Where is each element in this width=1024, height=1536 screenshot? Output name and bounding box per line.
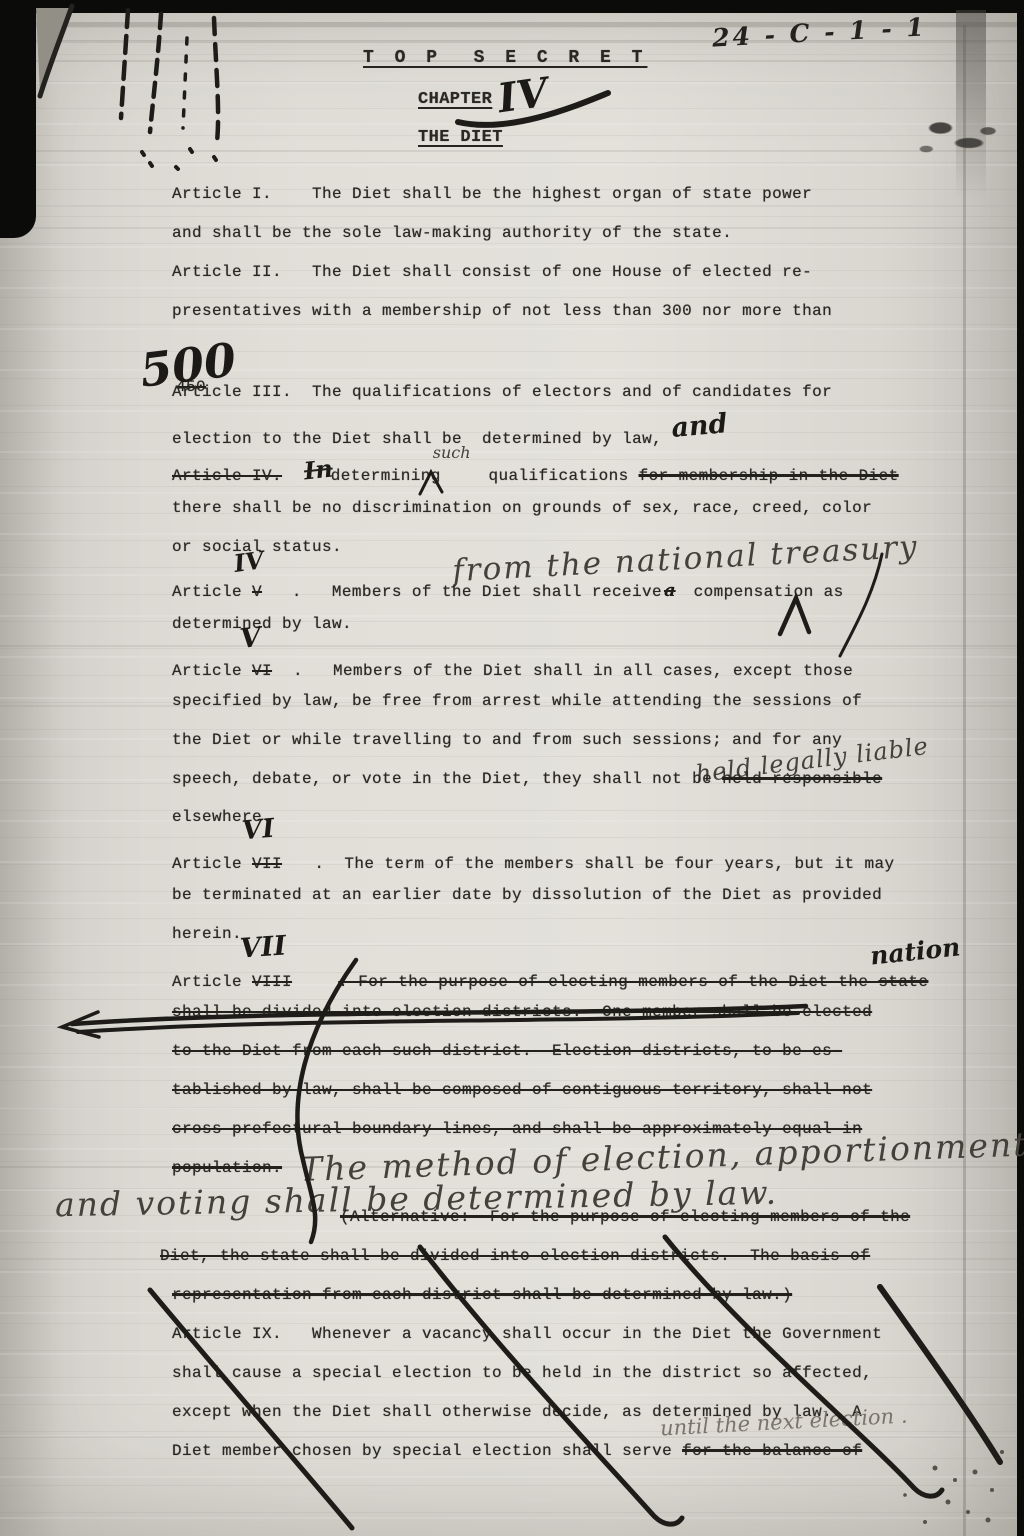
classification-stamp: T O P S E C R E T	[363, 48, 647, 68]
typed-text: VI	[252, 662, 272, 680]
corner-fold-line	[40, 6, 72, 96]
scan-edge-right	[1017, 0, 1024, 1536]
handwritten-annotation: VI	[241, 816, 275, 845]
typed-text: for the balance of	[682, 1442, 862, 1460]
document-line: speech, debate, or vote in the Diet, the…	[172, 770, 882, 788]
document-line: The method of election, apportionment,	[300, 1140, 1024, 1173]
document-line: Diet member chosen by special election s…	[172, 1442, 862, 1460]
document-line: shall cause a special election to be hel…	[172, 1364, 872, 1382]
doc-number-handwritten: 24 - C - 1 - 1	[711, 14, 927, 50]
margin-pen-dots	[142, 149, 216, 169]
document-line: shall be divided into election districts…	[172, 1003, 872, 1021]
document-line: Article III. The qualifications of elect…	[172, 383, 832, 401]
typed-text: Diet, the state shall be divided into el…	[160, 1247, 870, 1265]
typed-text: V	[252, 583, 262, 601]
typed-text: Diet member chosen by special election s…	[172, 1442, 682, 1460]
document-page: 24 - C - 1 - 1 T O P S E C R E T CHAPTER…	[0, 0, 1024, 1536]
ink-smudge	[912, 104, 1007, 164]
handwritten-annotation: V	[239, 624, 263, 653]
document-line: determined by law.	[172, 615, 352, 633]
typed-text: Article	[172, 583, 252, 601]
document-line: herein.	[172, 925, 242, 943]
document-line: (Alternative: For the purpose of electin…	[340, 1208, 910, 1226]
chapter-label: CHAPTER	[418, 90, 492, 109]
typed-text: population.	[172, 1159, 282, 1177]
typed-text: and shall be the sole law-making authori…	[172, 224, 732, 242]
handwritten-annotation: such	[433, 445, 471, 461]
typed-text: speech, debate, or vote in the Diet, the…	[172, 770, 722, 788]
handwritten-annotation: VII	[239, 932, 287, 962]
scan-streak	[0, 205, 1024, 207]
insert-caret	[780, 598, 809, 634]
margin-pen-stroke	[121, 10, 128, 118]
typed-text: for membership in the Diet	[639, 467, 899, 485]
scan-streak	[0, 645, 1024, 647]
handwritten-annotation: nation	[869, 934, 961, 968]
document-line: population.	[172, 1159, 282, 1177]
document-line: Article VIIIVII. For the purpose of elec…	[172, 964, 1019, 991]
document-line: the Diet or while travelling to and from…	[172, 731, 842, 749]
crease-shadow	[956, 10, 986, 200]
document-line: from the national treasury	[452, 544, 919, 575]
typed-text: determining	[331, 467, 441, 485]
typed-text: determined by law.	[172, 615, 352, 633]
typed-text: VII	[252, 855, 282, 873]
typed-text: Article III. The qualifications of elect…	[172, 383, 832, 401]
typed-text: Article	[172, 662, 252, 680]
handwritten-annotation: In	[303, 457, 334, 484]
deletion-scribble-arrow	[62, 1012, 99, 1037]
document-line: Article II. The Diet shall consist of on…	[172, 263, 812, 281]
typed-text: . For the purpose of electing members of…	[338, 973, 878, 991]
typed-text	[282, 467, 302, 485]
typed-text: qualifications	[479, 467, 639, 485]
typed-text: Article	[172, 855, 252, 873]
document-line: Article IV. Indeterminingsuch qualificat…	[172, 460, 899, 485]
diagonal-strike	[880, 1287, 1000, 1462]
margin-pen-stroke	[214, 18, 218, 142]
typed-text: tablished by law, shall be composed of c…	[172, 1081, 872, 1099]
document-line: specified by law, be free from arrest wh…	[172, 692, 862, 710]
document-line: presentatives with a membership of not l…	[172, 302, 832, 320]
document-line: Diet, the state shall be divided into el…	[160, 1247, 870, 1265]
corner-fold	[36, 8, 72, 94]
document-line: Article IX. Whenever a vacancy shall occ…	[172, 1325, 882, 1343]
typed-text: held responsible	[722, 770, 882, 788]
margin-pen-stroke	[183, 38, 187, 128]
typed-text: to the Diet from each such district. Ele…	[172, 1042, 842, 1060]
crease-line	[963, 25, 966, 1536]
typed-text: . Members of the Diet shall receive	[292, 583, 672, 601]
page-title: THE DIET	[418, 128, 503, 147]
typed-text: specified by law, be free from arrest wh…	[172, 692, 862, 710]
typed-text: presentatives with a membership of not l…	[172, 302, 832, 320]
typed-text: VIII	[252, 973, 292, 991]
typed-text: there shall be no discrimination on grou…	[172, 499, 872, 517]
margin-pen-stroke	[150, 14, 161, 132]
typed-text: be terminated at an earlier date by diss…	[172, 886, 882, 904]
typed-text: Article	[172, 973, 252, 991]
document-line: there shall be no discrimination on grou…	[172, 499, 872, 517]
scan-streak	[0, 1436, 1024, 1438]
document-line: representation from each district shall …	[172, 1286, 792, 1304]
typed-text: representation from each district shall …	[172, 1286, 792, 1304]
document-line: and shall be the sole law-making authori…	[172, 224, 732, 242]
typed-text: the Diet or while travelling to and from…	[172, 731, 842, 749]
document-line: Article VIV. Members of the Diet shall r…	[172, 576, 844, 601]
typed-text: . The term of the members shall be four …	[314, 855, 894, 873]
scan-streak	[0, 150, 1024, 152]
typed-text: herein.	[172, 925, 242, 943]
typed-text: Article IX. Whenever a vacancy shall occ…	[172, 1325, 882, 1343]
typed-text: compensation as	[684, 583, 844, 601]
typed-text: Article IV.	[172, 467, 282, 485]
chapter-number-handwritten: IV	[495, 73, 550, 120]
typed-text: election to the Diet shall be determined…	[172, 430, 662, 448]
typed-text: Article II. The Diet shall consist of on…	[172, 263, 812, 281]
document-line: to the Diet from each such district. Ele…	[172, 1042, 842, 1060]
typed-text: Article I. The Diet shall be the highest…	[172, 185, 812, 203]
document-line: Article I. The Diet shall be the highest…	[172, 185, 812, 203]
handwritten-annotation: IV	[233, 548, 266, 576]
document-line: Article VIV. Members of the Diet shall i…	[172, 653, 853, 680]
typed-text: shall be divided into election districts…	[172, 1003, 872, 1021]
typed-text: state	[878, 973, 928, 991]
typed-text: . Members of the Diet shall in all cases…	[293, 662, 853, 680]
document-line: be terminated at an earlier date by diss…	[172, 886, 882, 904]
scan-edge-top	[0, 0, 1024, 13]
bottom-speckles	[903, 1450, 1004, 1524]
typed-text: shall cause a special election to be hel…	[172, 1364, 872, 1382]
document-line: until the next election .	[660, 1412, 908, 1434]
handwritten-annotation: a	[664, 582, 676, 600]
document-line: tablished by law, shall be composed of c…	[172, 1081, 872, 1099]
typed-text: (Alternative: For the purpose of electin…	[340, 1208, 910, 1226]
document-line: Article VIIVI. The term of the members s…	[172, 847, 894, 873]
handwritten-annotation: and	[661, 410, 729, 443]
scan-edge-left	[0, 0, 36, 238]
